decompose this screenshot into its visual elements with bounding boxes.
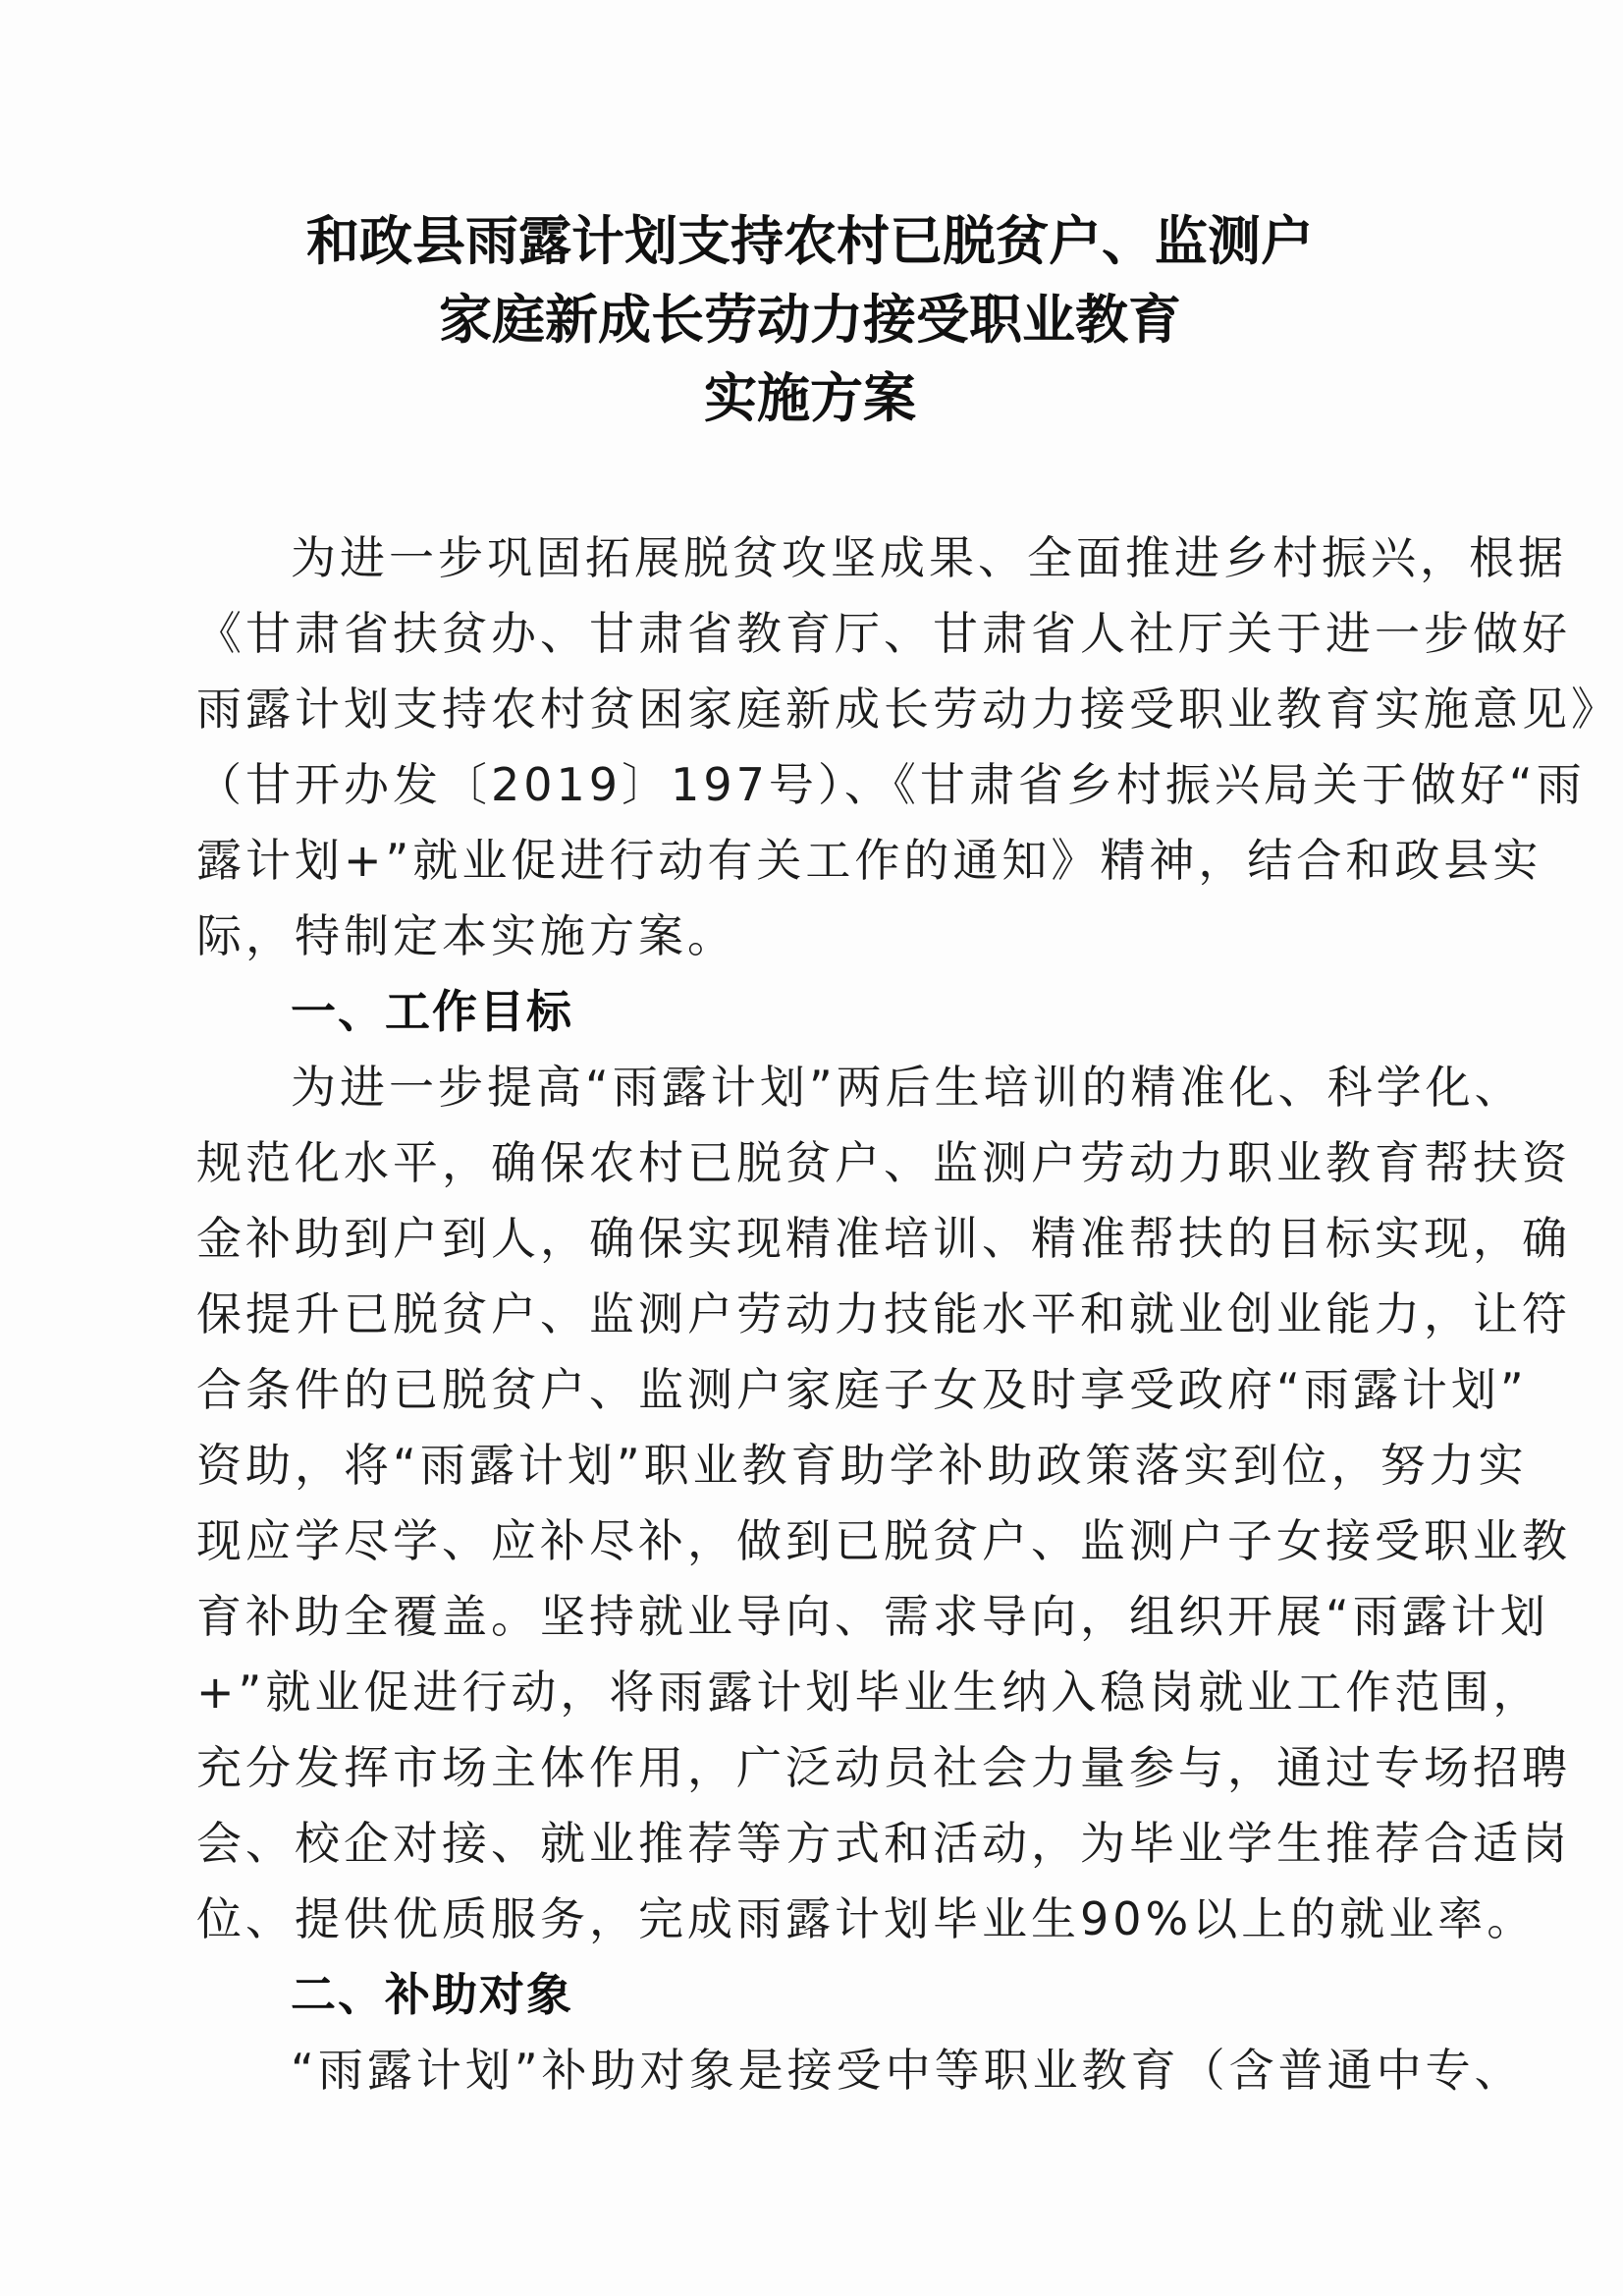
section-heading-subsidy-targets: 二、补助对象 [196,1957,1429,2033]
paragraph-line: 充分发挥市场主体作用，广泛动员社会力量参与，通过专场招聘 [196,1730,1429,1806]
intro-line: 《甘肃省扶贫办、甘肃省教育厅、甘肃省人社厅关于进一步做好 [196,596,1429,672]
paragraph-line: 规范化水平，确保农村已脱贫户、监测户劳动力职业教育帮扶资 [196,1125,1429,1201]
title-line-2: 家庭新成长劳动力接受职业教育 [196,280,1424,358]
paragraph-line: “雨露计划”补助对象是接受中等职业教育（含普通中专、 [196,2033,1429,2108]
paragraph-line: +”就业促进行动，将雨露计划毕业生纳入稳岗就业工作范围， [196,1655,1429,1730]
paragraph-line: 合条件的已脱贫户、监测户家庭子女及时享受政府“雨露计划” [196,1352,1429,1428]
intro-line: 际，特制定本实施方案。 [196,899,1429,974]
paragraph-line: 会、校企对接、就业推荐等方式和活动，为毕业学生推荐合适岗 [196,1806,1429,1882]
paragraph-line: 现应学尽学、应补尽补，做到已脱贫户、监测户子女接受职业教 [196,1503,1429,1579]
subsidy-targets-paragraph: “雨露计划”补助对象是接受中等职业教育（含普通中专、 [196,2033,1429,2108]
paragraph-line: 保提升已脱贫户、监测户劳动力技能水平和就业创业能力，让符 [196,1277,1429,1352]
intro-line: 露计划+”就业促进行动有关工作的通知》精神，结合和政县实 [196,823,1429,899]
document-title: 和政县雨露计划支持农村已脱贫户、监测户 家庭新成长劳动力接受职业教育 实施方案 [196,201,1424,437]
document-body: 为进一步巩固拓展脱贫攻坚成果、全面推进乡村振兴，根据 《甘肃省扶贫办、甘肃省教育… [196,520,1429,2108]
paragraph-line: 位、提供优质服务，完成雨露计划毕业生90%以上的就业率。 [196,1882,1429,1957]
paragraph-line: 金补助到户到人，确保实现精准培训、精准帮扶的目标实现，确 [196,1201,1429,1277]
intro-line: 雨露计划支持农村贫困家庭新成长劳动力接受职业教育实施意见》 [196,672,1429,747]
paragraph-line: 为进一步提高“雨露计划”两后生培训的精准化、科学化、 [196,1050,1429,1125]
paragraph-line: 资助，将“雨露计划”职业教育助学补助政策落实到位，努力实 [196,1428,1429,1503]
section-heading-work-goals: 一、工作目标 [196,974,1429,1050]
intro-line: 为进一步巩固拓展脱贫攻坚成果、全面推进乡村振兴，根据 [196,520,1429,596]
title-line-3: 实施方案 [196,358,1424,437]
intro-paragraph: 为进一步巩固拓展脱贫攻坚成果、全面推进乡村振兴，根据 《甘肃省扶贫办、甘肃省教育… [196,520,1429,974]
document-page: 和政县雨露计划支持农村已脱贫户、监测户 家庭新成长劳动力接受职业教育 实施方案 … [0,0,1623,2296]
paragraph-line: 育补助全覆盖。坚持就业导向、需求导向，组织开展“雨露计划 [196,1579,1429,1655]
title-line-1: 和政县雨露计划支持农村已脱贫户、监测户 [196,201,1424,280]
intro-line: （甘开办发〔2019〕197号）、《甘肃省乡村振兴局关于做好“雨 [196,747,1429,823]
work-goals-paragraph: 为进一步提高“雨露计划”两后生培训的精准化、科学化、 规范化水平，确保农村已脱贫… [196,1050,1429,1957]
